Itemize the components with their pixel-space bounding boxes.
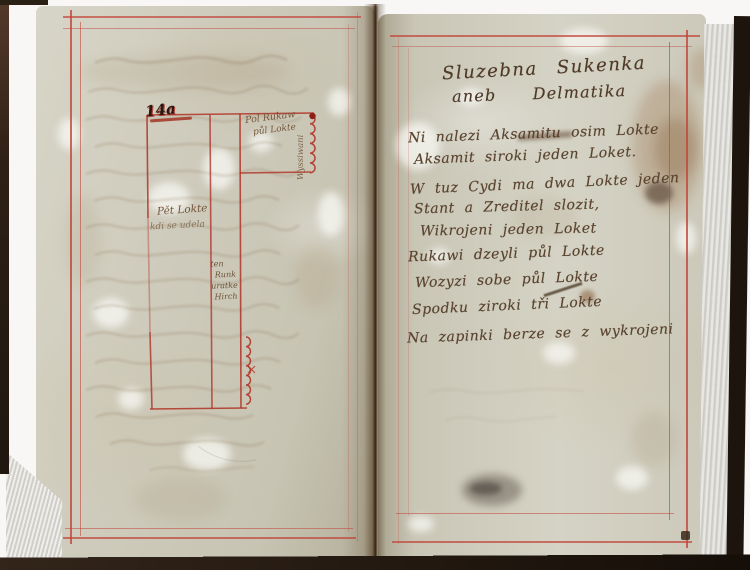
red-border-line: [396, 513, 674, 514]
pencil-mark: [198, 446, 256, 461]
red-border-line: [392, 541, 692, 543]
red-border-line: [408, 48, 409, 516]
red-border-line: [390, 35, 700, 37]
diagram-left-line: [150, 332, 152, 409]
book-gutter-fold: [374, 6, 377, 558]
sleeve-scalloped-edge: [310, 114, 315, 173]
red-border-line: [63, 16, 361, 18]
sleeve-edge-vertical-label: Wyssiwani: [296, 122, 306, 180]
diagram-x-mark: [248, 366, 255, 373]
diagram-left-line-faded: [148, 218, 150, 332]
strip-label-line: Hirch: [211, 290, 245, 302]
book-cover-left-edge: [0, 0, 9, 474]
red-border-line: [686, 30, 688, 548]
red-border-line: [80, 22, 81, 536]
body-line-5: Wikrojeni jeden Loket: [420, 220, 597, 239]
diagram-corner-dot: [309, 113, 315, 119]
red-border-line: [63, 537, 356, 539]
book-cover-top-edge: [0, 0, 48, 5]
red-border-line: [357, 12, 358, 542]
red-border-line: [348, 24, 349, 532]
diagram-bottom-line: [150, 408, 247, 409]
red-border-line: [669, 42, 670, 520]
red-border-line: [70, 10, 72, 544]
strip-label-block: ten Runk uratke Hirch: [210, 257, 246, 302]
red-border-line: [398, 38, 399, 544]
red-border-line: [392, 46, 692, 47]
corner-ink-blot: [681, 531, 690, 540]
red-border-line: [63, 28, 355, 29]
manuscript-photo: 14a Pol Rukaw půl Lokte Wyssiwani Pět Lo…: [0, 0, 750, 570]
red-border-line: [65, 528, 353, 529]
book-cover-bottom-edge: [0, 554, 750, 570]
diagram-left-line: [147, 115, 148, 218]
